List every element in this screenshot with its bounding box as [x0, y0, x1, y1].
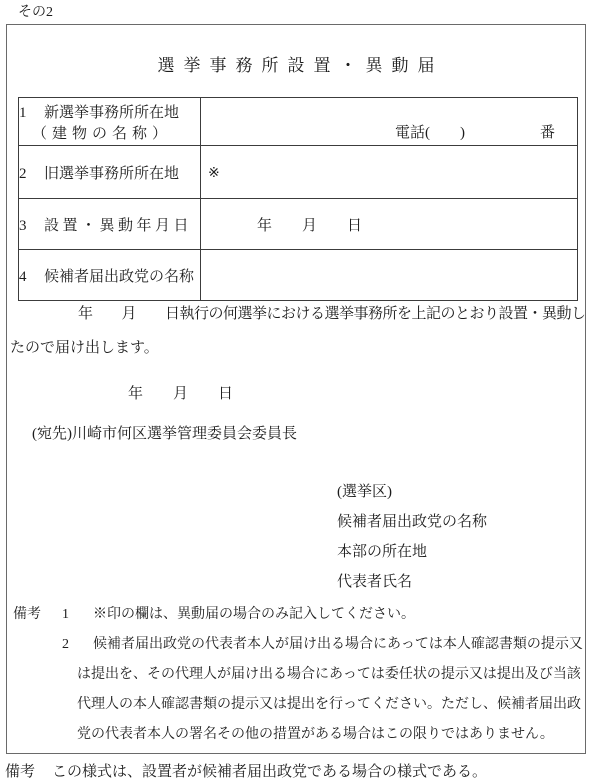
table-row: 3 設置・異動年月日 年 月 日: [19, 199, 578, 250]
row4-value-cell[interactable]: [201, 250, 578, 301]
page-corner-label: その2: [18, 1, 53, 21]
statement-line1: 年 月 日執行の何選挙における選挙事務所を上記のとおり設置・異動し: [78, 302, 586, 323]
note2-line4: 党の代表者本人の署名その他の措置がある場合はこの限りではありません。: [77, 720, 585, 750]
note1-number: 1: [62, 600, 93, 630]
footer-note: 備考 この様式は、設置者が候補者届出政党である場合の様式である。: [5, 760, 487, 781]
note2-line1: 候補者届出政党の代表者本人が届け出る場合にあっては本人確認書類の提示又: [93, 630, 583, 660]
notes-label: 備考: [13, 600, 62, 630]
signer-block: (選挙区) 候補者届出政党の名称 本部の所在地 代表者氏名: [337, 477, 487, 597]
signer-hq-address: 本部の所在地: [337, 537, 487, 567]
row4-label-cell: 4 候補者届出政党の名称: [19, 250, 201, 301]
footer-note-text: この様式は、設置者が候補者届出政党である場合の様式である。: [52, 760, 487, 781]
note2-number: 2: [62, 630, 93, 660]
statement-line2: たので届け出します。: [10, 336, 159, 357]
note1-text: ※印の欄は、異動届の場合のみ記入してください。: [93, 600, 415, 630]
form-table: 1 新選挙事務所所在地 （建物の名称） 電話( ) 番 2 旧選挙事務所所在地 …: [18, 97, 578, 301]
row2-label-cell: 2 旧選挙事務所所在地: [19, 146, 201, 199]
row1-label-cell: 1 新選挙事務所所在地 （建物の名称）: [19, 98, 201, 146]
row3-label: 設置・異動年月日: [44, 214, 192, 235]
row4-number: 4: [19, 269, 44, 286]
signer-representative-name: 代表者氏名: [337, 567, 487, 597]
row3-number: 3: [19, 218, 44, 235]
signer-party-name: 候補者届出政党の名称: [337, 507, 487, 537]
addressee-line: (宛先)川崎市何区選挙管理委員会委員長: [32, 422, 297, 443]
row2-number: 2: [19, 166, 44, 183]
row1-label-sub: （建物の名称）: [32, 122, 200, 143]
submission-date-blank: 年 月 日: [128, 382, 233, 403]
form-title: 選挙事務所設置・異動届: [7, 51, 585, 76]
table-row: 1 新選挙事務所所在地 （建物の名称） 電話( ) 番: [19, 98, 578, 146]
table-row: 4 候補者届出政党の名称: [19, 250, 578, 301]
row3-value-cell[interactable]: 年 月 日: [201, 199, 578, 250]
row3-label-cell: 3 設置・異動年月日: [19, 199, 201, 250]
form-outer-box: 選挙事務所設置・異動届 1 新選挙事務所所在地 （建物の名称） 電話( ) 番 …: [6, 24, 586, 754]
footer-note-label: 備考: [5, 760, 35, 781]
phone-number-blank: 電話( ) 番: [395, 121, 555, 142]
row2-value-cell[interactable]: ※: [201, 146, 578, 199]
note2-line2: は提出を、その代理人が届け出る場合にあっては委任状の提示又は提出及び当該: [77, 660, 585, 690]
table-row: 2 旧選挙事務所所在地 ※: [19, 146, 578, 199]
row4-label: 候補者届出政党の名称: [44, 265, 194, 286]
row1-number: 1: [19, 105, 44, 122]
row2-label: 旧選挙事務所所在地: [44, 162, 179, 183]
row1-label: 新選挙事務所所在地: [44, 101, 179, 122]
signer-electoral-district: (選挙区): [337, 477, 487, 507]
asterisk-mark: ※: [201, 162, 220, 182]
notes-block: 備考 1 ※印の欄は、異動届の場合のみ記入してください。 2 候補者届出政党の代…: [7, 600, 585, 750]
row1-value-cell[interactable]: 電話( ) 番: [201, 98, 578, 146]
date-blank: 年 月 日: [201, 214, 577, 235]
note2-line3: 代理人の本人確認書類の提示又は提出を行ってください。ただし、候補者届出政: [77, 690, 585, 720]
